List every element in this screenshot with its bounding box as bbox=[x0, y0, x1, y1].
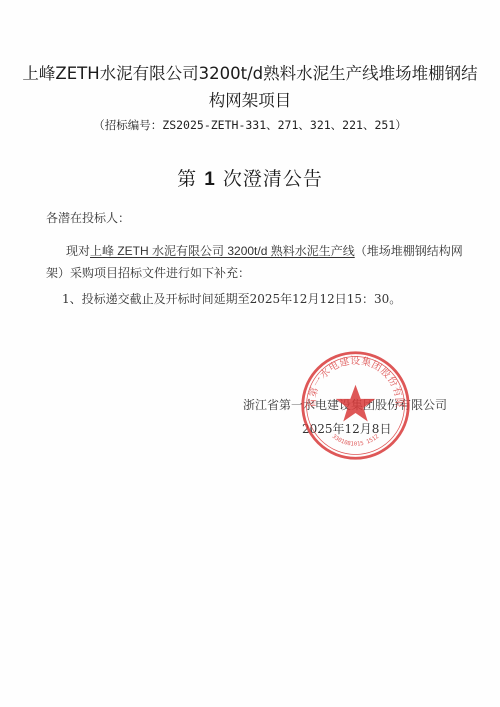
clarification-item-1: 1、投标递交截止及开标时间延期至2025年12月12日15：30。 bbox=[62, 290, 401, 307]
project-name-underlined: 上峰 ZETH 水泥有限公司 3200t/d 熟料水泥生产线 bbox=[90, 244, 355, 258]
heading-number: 1 bbox=[204, 169, 216, 190]
document-page: 上峰ZETH水泥有限公司3200t/d熟料水泥生产线堆场堆棚钢结 构网架项目 （… bbox=[0, 0, 500, 707]
title-line-1: 上峰ZETH水泥有限公司3200t/d熟料水泥生产线堆场堆棚钢结 bbox=[20, 60, 480, 87]
document-title: 上峰ZETH水泥有限公司3200t/d熟料水泥生产线堆场堆棚钢结 构网架项目 bbox=[20, 60, 480, 114]
heading-prefix: 第 bbox=[177, 168, 197, 190]
heading-suffix: 次澄清公告 bbox=[223, 168, 323, 190]
body-line-1-suffix: （堆场堆棚钢结构网 bbox=[355, 244, 463, 258]
body-line-2: 架）采购项目招标文件进行如下补充： bbox=[46, 264, 250, 281]
tender-number: （招标编号：ZS2025-ZETH-331、271、321、221、251） bbox=[0, 117, 500, 133]
body-line-1-prefix: 现对 bbox=[66, 244, 90, 258]
notice-heading: 第 1 次澄清公告 bbox=[0, 164, 500, 191]
body-line-1: 现对上峰 ZETH 水泥有限公司 3200t/d 熟料水泥生产线（堆场堆棚钢结构… bbox=[66, 242, 463, 259]
salutation: 各潜在投标人： bbox=[46, 209, 130, 226]
company-seal-icon: 浙江省第一水电建设集团股份有限公司 3301081015 1512 bbox=[299, 349, 412, 462]
title-line-2: 构网架项目 bbox=[20, 87, 480, 114]
svg-text:3301081015 1512: 3301081015 1512 bbox=[331, 434, 381, 448]
